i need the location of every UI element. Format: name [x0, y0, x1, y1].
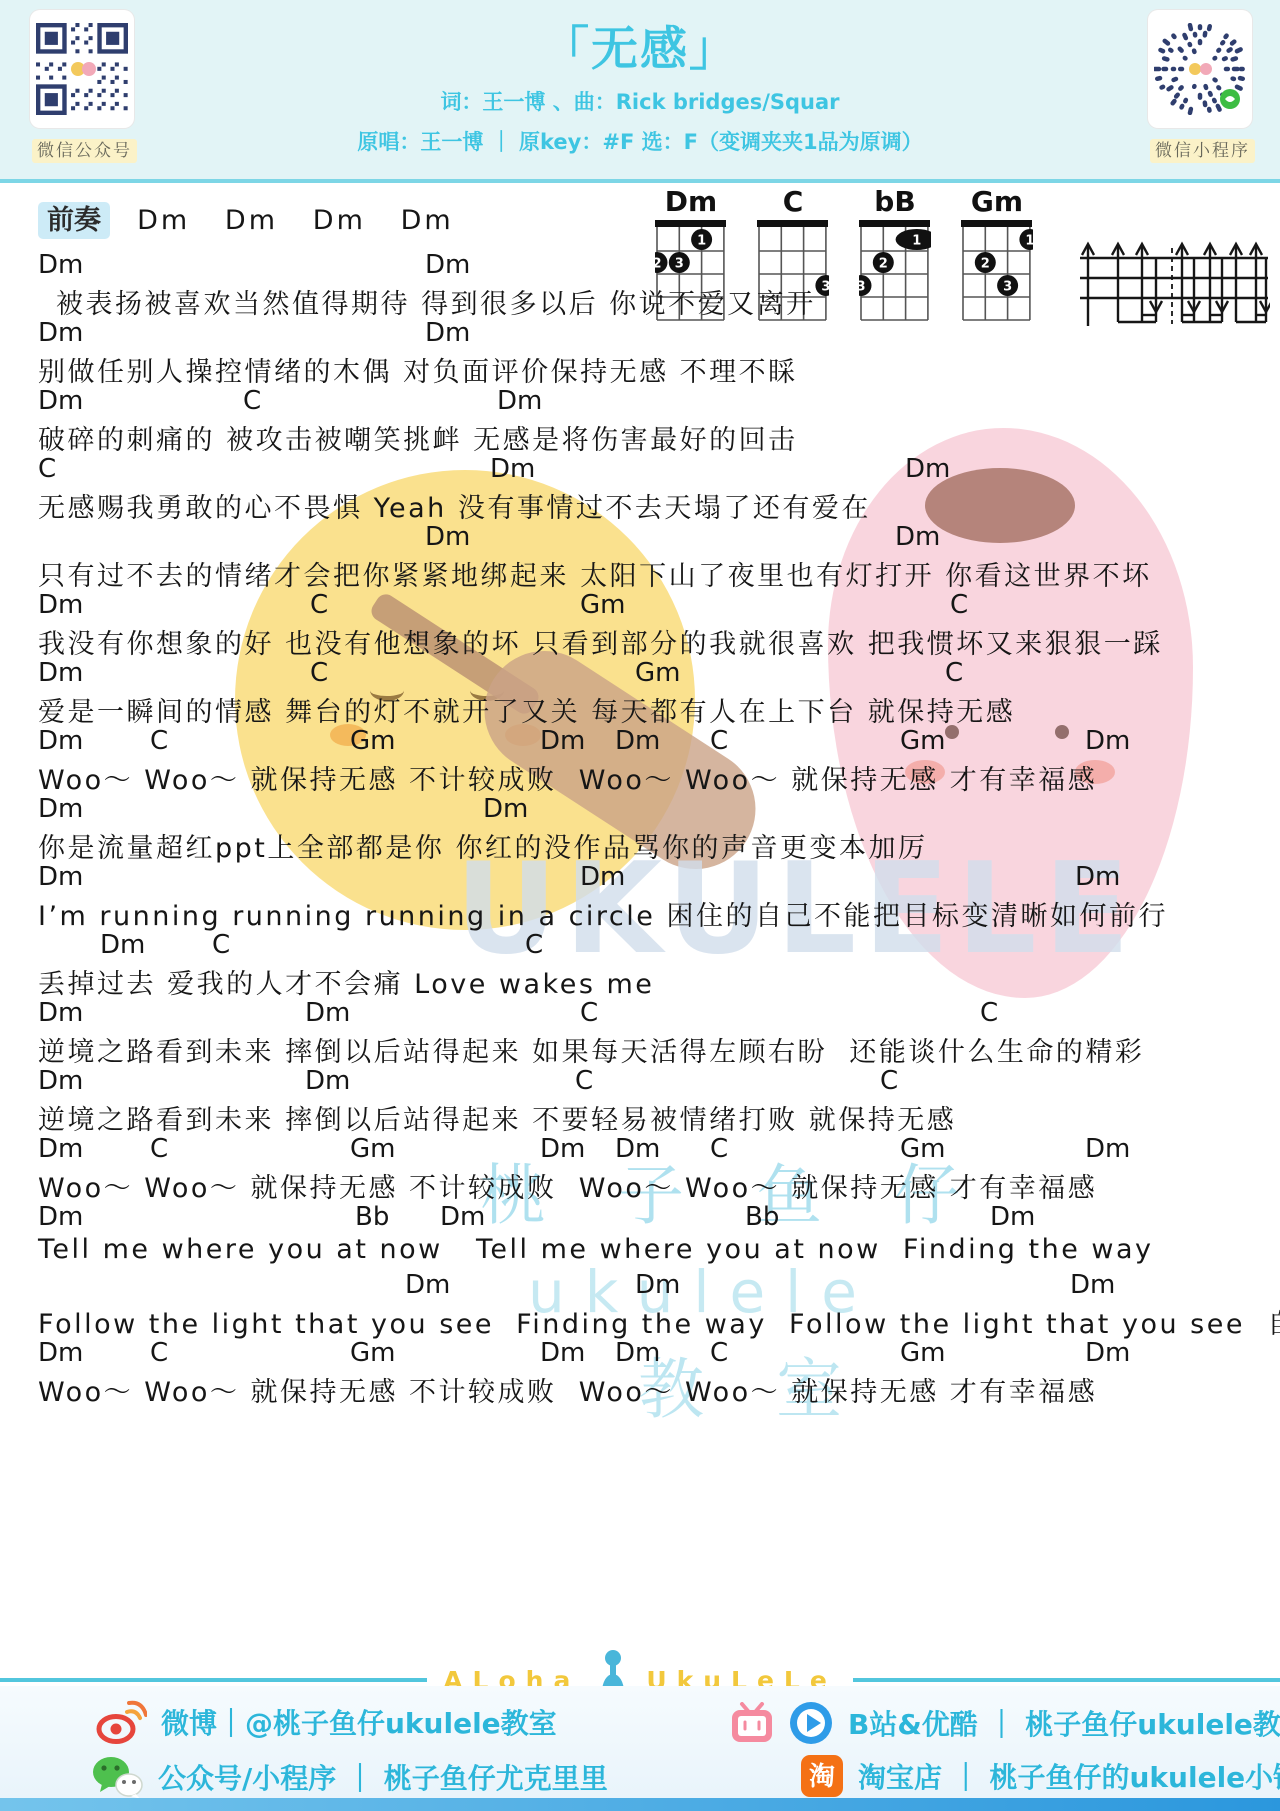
chord-label: C [243, 386, 261, 416]
chord-sheet-page: 微信公众号 「无感」 词：王一博 、曲：Rick bridges/Squar 原… [0, 0, 1280, 1811]
key-line: 原唱：王一博 ｜ 原key：#F 选：F（变调夹夹1品为原调） [0, 126, 1280, 156]
chord-label: Dm [895, 522, 940, 552]
lyric-text: 破碎的刺痛的 被攻击被嘲笑挑衅 无感是将伤害最好的回击 [38, 418, 798, 457]
taobao-icon: 淘 [800, 1754, 844, 1798]
wechat-miniprogram-label: 微信小程序 [1150, 136, 1255, 161]
lyric-line: CDmDm无感赐我勇敢的心不畏惧 Yeah 没有事情过不去天塌了还有爱在 [0, 454, 1280, 522]
chord-label: Dm [490, 454, 535, 484]
bilibili-youku-link[interactable]: B站&优酷 ｜ 桃子鱼仔ukulele教室 [730, 1700, 1280, 1746]
chord-label: C [310, 658, 328, 688]
lyric-text: Woo～ Woo～ 就保持无感 不计较成败 Woo～ Woo～ 就保持无感 才有… [38, 1166, 1097, 1205]
svg-text:淘: 淘 [809, 1762, 835, 1792]
weibo-link[interactable]: 微博｜@桃子鱼仔ukulele教室 [95, 1700, 557, 1744]
chord-label: C [710, 726, 728, 756]
lyric-line: DmDmCC逆境之路看到未来 摔倒以后站得起来 不要轻易被情绪打败 就保持无感 [0, 1066, 1280, 1134]
chord-label: C [980, 998, 998, 1028]
chord-label: Dm [615, 1134, 660, 1164]
taobao-link-text: 淘宝店 ｜ 桃子鱼仔的ukulele小铺 [858, 1756, 1280, 1796]
lyric-line: DmDmDmI’m running running running in a c… [0, 862, 1280, 930]
chord-label: Gm [350, 726, 395, 756]
intro-chords: Dm Dm Dm Dm [137, 205, 454, 236]
chord-label: Gm [900, 726, 945, 756]
chord-diagram-name: Gm [958, 184, 1036, 220]
chord-label: Dm [615, 726, 660, 756]
weibo-icon [95, 1700, 147, 1744]
chord-label: Gm [900, 1134, 945, 1164]
wechat-link[interactable]: 公众号/小程序 ｜ 桃子鱼仔尤克里里 [90, 1754, 608, 1800]
chord-label: Gm [350, 1338, 395, 1368]
chord-label: Dm [425, 522, 470, 552]
lyric-line: DmCDm破碎的刺痛的 被攻击被嘲笑挑衅 无感是将伤害最好的回击 [0, 386, 1280, 454]
lyric-line: DmDmCC逆境之路看到未来 摔倒以后站得起来 如果每天活得左顾右盼 还能谈什么… [0, 998, 1280, 1066]
wechat-miniprogram-label-text: 微信小程序 [1150, 139, 1255, 163]
chord-label: C [950, 590, 968, 620]
chord-label: C [710, 1134, 728, 1164]
chord-label: C [150, 1338, 168, 1368]
chord-label: Dm [1075, 862, 1120, 892]
chord-label: C [38, 454, 56, 484]
chord-label: Dm [1085, 1338, 1130, 1368]
lyric-text: 只有过不去的情绪才会把你紧紧地绑起来 太阳下山了夜里也有灯打开 你看这世界不坏 [38, 554, 1152, 593]
chord-label: Dm [1085, 726, 1130, 756]
weibo-link-text: 微博｜@桃子鱼仔ukulele教室 [161, 1702, 557, 1742]
chord-label: C [212, 930, 230, 960]
lyric-text: I’m running running running in a circle … [38, 894, 1168, 933]
chord-label: C [945, 658, 963, 688]
chord-label: Dm [580, 862, 625, 892]
youku-icon [788, 1700, 834, 1746]
taobao-link[interactable]: 淘 淘宝店 ｜ 桃子鱼仔的ukulele小铺 [800, 1754, 1280, 1798]
chord-label: Dm [540, 1134, 585, 1164]
wechat-miniprogram-code [1148, 10, 1252, 128]
svg-text:1: 1 [1025, 233, 1033, 248]
chord-label: Dm [483, 794, 528, 824]
lyric-line: DmCGmDmDmCGmDmWoo～ Woo～ 就保持无感 不计较成败 Woo～… [0, 1134, 1280, 1202]
chord-label: Dm [38, 1202, 83, 1232]
lyric-line: DmCC丢掉过去 爱我的人才不会痛 Love wakes me [0, 930, 1280, 998]
lyric-line: DmCGmC爱是一瞬间的情感 舞台的灯不就开了又关 每天都有人在上下台 就保持无… [0, 658, 1280, 726]
chord-label: Dm [497, 386, 542, 416]
chord-label: Dm [38, 590, 83, 620]
chord-label: Dm [100, 930, 145, 960]
lyric-line: DmBbDmBbDmTell me where you at now Tell … [0, 1202, 1280, 1270]
chord-label: Dm [305, 1066, 350, 1096]
lyric-text: 别做任别人操控情绪的木偶 对负面评价保持无感 不理不睬 [38, 350, 798, 389]
credit-line: 词：王一博 、曲：Rick bridges/Squar [0, 86, 1280, 116]
chord-label: Dm [305, 998, 350, 1028]
chord-label: C [310, 590, 328, 620]
lyric-text: Follow the light that you see Finding th… [38, 1302, 1280, 1341]
chord-label: Dm [635, 1270, 680, 1300]
lyric-text: 逆境之路看到未来 摔倒以后站得起来 不要轻易被情绪打败 就保持无感 [38, 1098, 956, 1137]
chord-label: Gm [635, 658, 680, 688]
chord-label: Dm [38, 998, 83, 1028]
bilibili-youku-link-text: B站&优酷 ｜ 桃子鱼仔ukulele教室 [848, 1703, 1280, 1743]
chord-label: Dm [440, 1202, 485, 1232]
chord-label: Dm [540, 726, 585, 756]
chord-label: Dm [38, 1134, 83, 1164]
chord-label: Dm [540, 1338, 585, 1368]
chord-diagram-name: Dm [652, 184, 730, 220]
wechat-link-text: 公众号/小程序 ｜ 桃子鱼仔尤克里里 [158, 1757, 608, 1797]
lyric-line: DmDm被表扬被喜欢当然值得期待 得到很多以后 你说不爱又离开 [0, 250, 1280, 318]
chord-diagram-name: C [754, 184, 832, 220]
footer: 微博｜@桃子鱼仔ukulele教室 B站&优酷 ｜ 桃子鱼仔ukulele教室 [0, 1686, 1280, 1798]
divider-line-left [0, 1678, 427, 1682]
chord-label: Dm [425, 318, 470, 348]
chord-label: Dm [1085, 1134, 1130, 1164]
chord-label: C [575, 1066, 593, 1096]
wechat-icon [90, 1754, 144, 1800]
chord-label: Bb [355, 1202, 389, 1232]
lyric-text: 被表扬被喜欢当然值得期待 得到很多以后 你说不爱又离开 [56, 282, 816, 321]
lyric-text: Woo～ Woo～ 就保持无感 不计较成败 Woo～ Woo～ 就保持无感 才有… [38, 758, 1097, 797]
chord-label: Dm [38, 726, 83, 756]
chord-label: Dm [425, 250, 470, 280]
lyric-line: DmDm别做任别人操控情绪的木偶 对负面评价保持无感 不理不睬 [0, 318, 1280, 386]
lyric-line: DmCGmDmDmCGmDmWoo～ Woo～ 就保持无感 不计较成败 Woo～… [0, 1338, 1280, 1406]
chord-label: Dm [38, 794, 83, 824]
bilibili-icon [730, 1702, 774, 1744]
chord-label: C [710, 1338, 728, 1368]
lyrics-section: DmDm被表扬被喜欢当然值得期待 得到很多以后 你说不爱又离开DmDm别做任别人… [0, 250, 1280, 1406]
song-title: 「无感」 [0, 12, 1280, 79]
lyric-text: 我没有你想象的好 也没有他想象的坏 只看到部分的我就很喜欢 把我惯坏又来狠狠一踩 [38, 622, 1163, 661]
chord-label: Gm [350, 1134, 395, 1164]
chord-label: Gm [900, 1338, 945, 1368]
miniprogram-code-image [1154, 23, 1246, 115]
chord-label: Dm [615, 1338, 660, 1368]
lyric-text: Tell me where you at now Tell me where y… [38, 1234, 1154, 1265]
chord-label: Dm [38, 386, 83, 416]
chord-label: Dm [38, 1338, 83, 1368]
lyric-line: DmDm只有过不去的情绪才会把你紧紧地绑起来 太阳下山了夜里也有灯打开 你看这世… [0, 522, 1280, 590]
chord-label: C [150, 726, 168, 756]
lyric-text: 你是流量超红ppt上全部都是你 你红的没作品骂你的声音更变本加厉 [38, 826, 927, 865]
lyric-text: 无感赐我勇敢的心不畏惧 Yeah 没有事情过不去天塌了还有爱在 [38, 486, 871, 525]
chord-label: Dm [405, 1270, 450, 1300]
lyric-line: DmDm你是流量超红ppt上全部都是你 你红的没作品骂你的声音更变本加厉 [0, 794, 1280, 862]
svg-text:1: 1 [912, 233, 921, 248]
lyric-text: 爱是一瞬间的情感 舞台的灯不就开了又关 每天都有人在上下台 就保持无感 [38, 690, 1015, 729]
chord-label: C [150, 1134, 168, 1164]
lyric-text: Woo～ Woo～ 就保持无感 不计较成败 Woo～ Woo～ 就保持无感 才有… [38, 1370, 1097, 1409]
chord-label: Bb [745, 1202, 779, 1232]
chord-label: Gm [580, 590, 625, 620]
chord-label: Dm [38, 250, 83, 280]
chord-diagram-name: bB [856, 184, 934, 220]
chord-label: Dm [38, 1066, 83, 1096]
lyric-text: 逆境之路看到未来 摔倒以后站得起来 如果每天活得左顾右盼 还能谈什么生命的精彩 [38, 1030, 1144, 1069]
svg-text:1: 1 [697, 233, 706, 248]
chord-label: Dm [38, 658, 83, 688]
chord-label: Dm [38, 318, 83, 348]
chord-label: Dm [905, 454, 950, 484]
chord-label: Dm [1070, 1270, 1115, 1300]
intro-row: 前奏 Dm Dm Dm Dm [38, 198, 454, 237]
chord-label: Dm [38, 862, 83, 892]
chord-label: Dm [990, 1202, 1035, 1232]
divider-line-right [853, 1678, 1280, 1682]
lyric-line: DmCGmC我没有你想象的好 也没有他想象的坏 只看到部分的我就很喜欢 把我惯坏… [0, 590, 1280, 658]
chord-label: C [580, 998, 598, 1028]
chord-label: C [525, 930, 543, 960]
lyric-text: 丢掉过去 爱我的人才不会痛 Love wakes me [38, 962, 654, 1001]
lyric-line: DmDmDmFollow the light that you see Find… [0, 1270, 1280, 1338]
lyric-line: DmCGmDmDmCGmDmWoo～ Woo～ 就保持无感 不计较成败 Woo～… [0, 726, 1280, 794]
header: 微信公众号 「无感」 词：王一博 、曲：Rick bridges/Squar 原… [0, 0, 1280, 183]
intro-label: 前奏 [38, 202, 110, 239]
bottom-accent-bar [0, 1798, 1280, 1811]
chord-label: C [880, 1066, 898, 1096]
